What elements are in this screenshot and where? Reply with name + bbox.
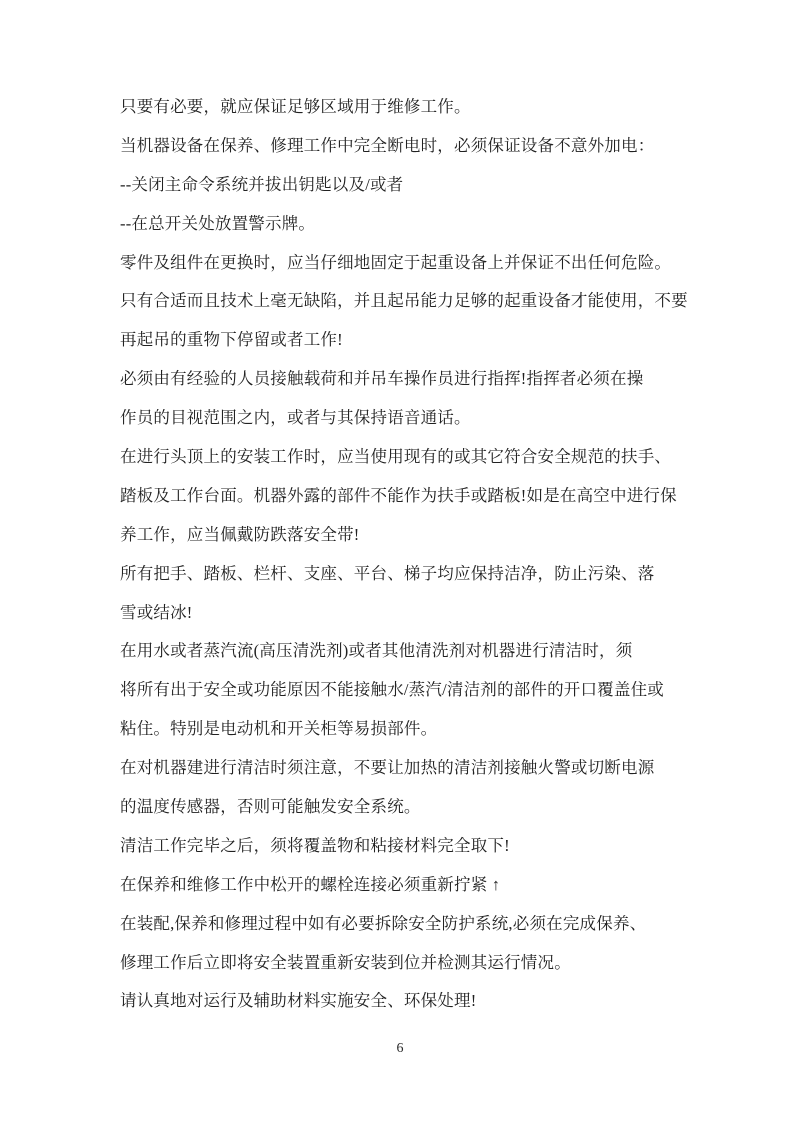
text-line: 再起吊的重物下停留或者工作! — [120, 321, 686, 360]
document-text: 只要有必要，就应保证足够区域用于维修工作。当机器设备在保养、修理工作中完全断电时… — [120, 88, 686, 1021]
text-line: 修理工作后立即将安全装置重新安装到位并检测其运行情况。 — [120, 944, 686, 983]
text-line: 在用水或者蒸汽流(高压清洗剂)或者其他清洗剂对机器进行清洁时，须 — [120, 632, 686, 671]
text-line: 只要有必要，就应保证足够区域用于维修工作。 — [120, 88, 686, 127]
text-line: 在保养和维修工作中松开的螺栓连接必须重新拧紧 ↑ — [120, 866, 686, 905]
text-line: 作员的目视范围之内，或者与其保持语音通话。 — [120, 399, 686, 438]
text-line: 只有合适而且技术上毫无缺陷，并且起吊能力足够的起重设备才能使用，不要 — [120, 282, 686, 321]
text-line: 在装配,保养和修理过程中如有必要拆除安全防护系统,必须在完成保养、 — [120, 905, 686, 944]
text-line: 在进行头顶上的安装工作时，应当使用现有的或其它符合安全规范的扶手、 — [120, 438, 686, 477]
text-line: 零件及组件在更换时，应当仔细地固定于起重设备上并保证不出任何危险。 — [120, 244, 686, 283]
document-page: 只要有必要，就应保证足够区域用于维修工作。当机器设备在保养、修理工作中完全断电时… — [0, 0, 800, 1131]
text-line: 清洁工作完毕之后，须将覆盖物和粘接材料完全取下! — [120, 827, 686, 866]
text-line: --关闭主命令系统并拔出钥匙以及/或者 — [120, 166, 686, 205]
text-line: 粘住。特别是电动机和开关柜等易损部件。 — [120, 710, 686, 749]
text-line: 当机器设备在保养、修理工作中完全断电时，必须保证设备不意外加电： — [120, 127, 686, 166]
text-line: 雪或结冰! — [120, 594, 686, 633]
text-line: --在总开关处放置警示牌。 — [120, 205, 686, 244]
text-line: 的温度传感器，否则可能触发安全系统。 — [120, 788, 686, 827]
text-line: 养工作，应当佩戴防跌落安全带! — [120, 516, 686, 555]
page-number: 6 — [0, 1041, 800, 1057]
text-line: 踏板及工作台面。机器外露的部件不能作为扶手或踏板!如是在高空中进行保 — [120, 477, 686, 516]
text-line: 所有把手、踏板、栏杆、支座、平台、梯子均应保持洁净，防止污染、落 — [120, 555, 686, 594]
text-line: 将所有出于安全或功能原因不能接触水/蒸汽/清洁剂的部件的开口覆盖住或 — [120, 671, 686, 710]
text-line: 在对机器建进行清洁时须注意，不要让加热的清洁剂接触火警或切断电源 — [120, 749, 686, 788]
text-line: 必须由有经验的人员接触载荷和并吊车操作员进行指挥!指挥者必须在操 — [120, 360, 686, 399]
text-line: 请认真地对运行及辅助材料实施安全、环保处理! — [120, 982, 686, 1021]
